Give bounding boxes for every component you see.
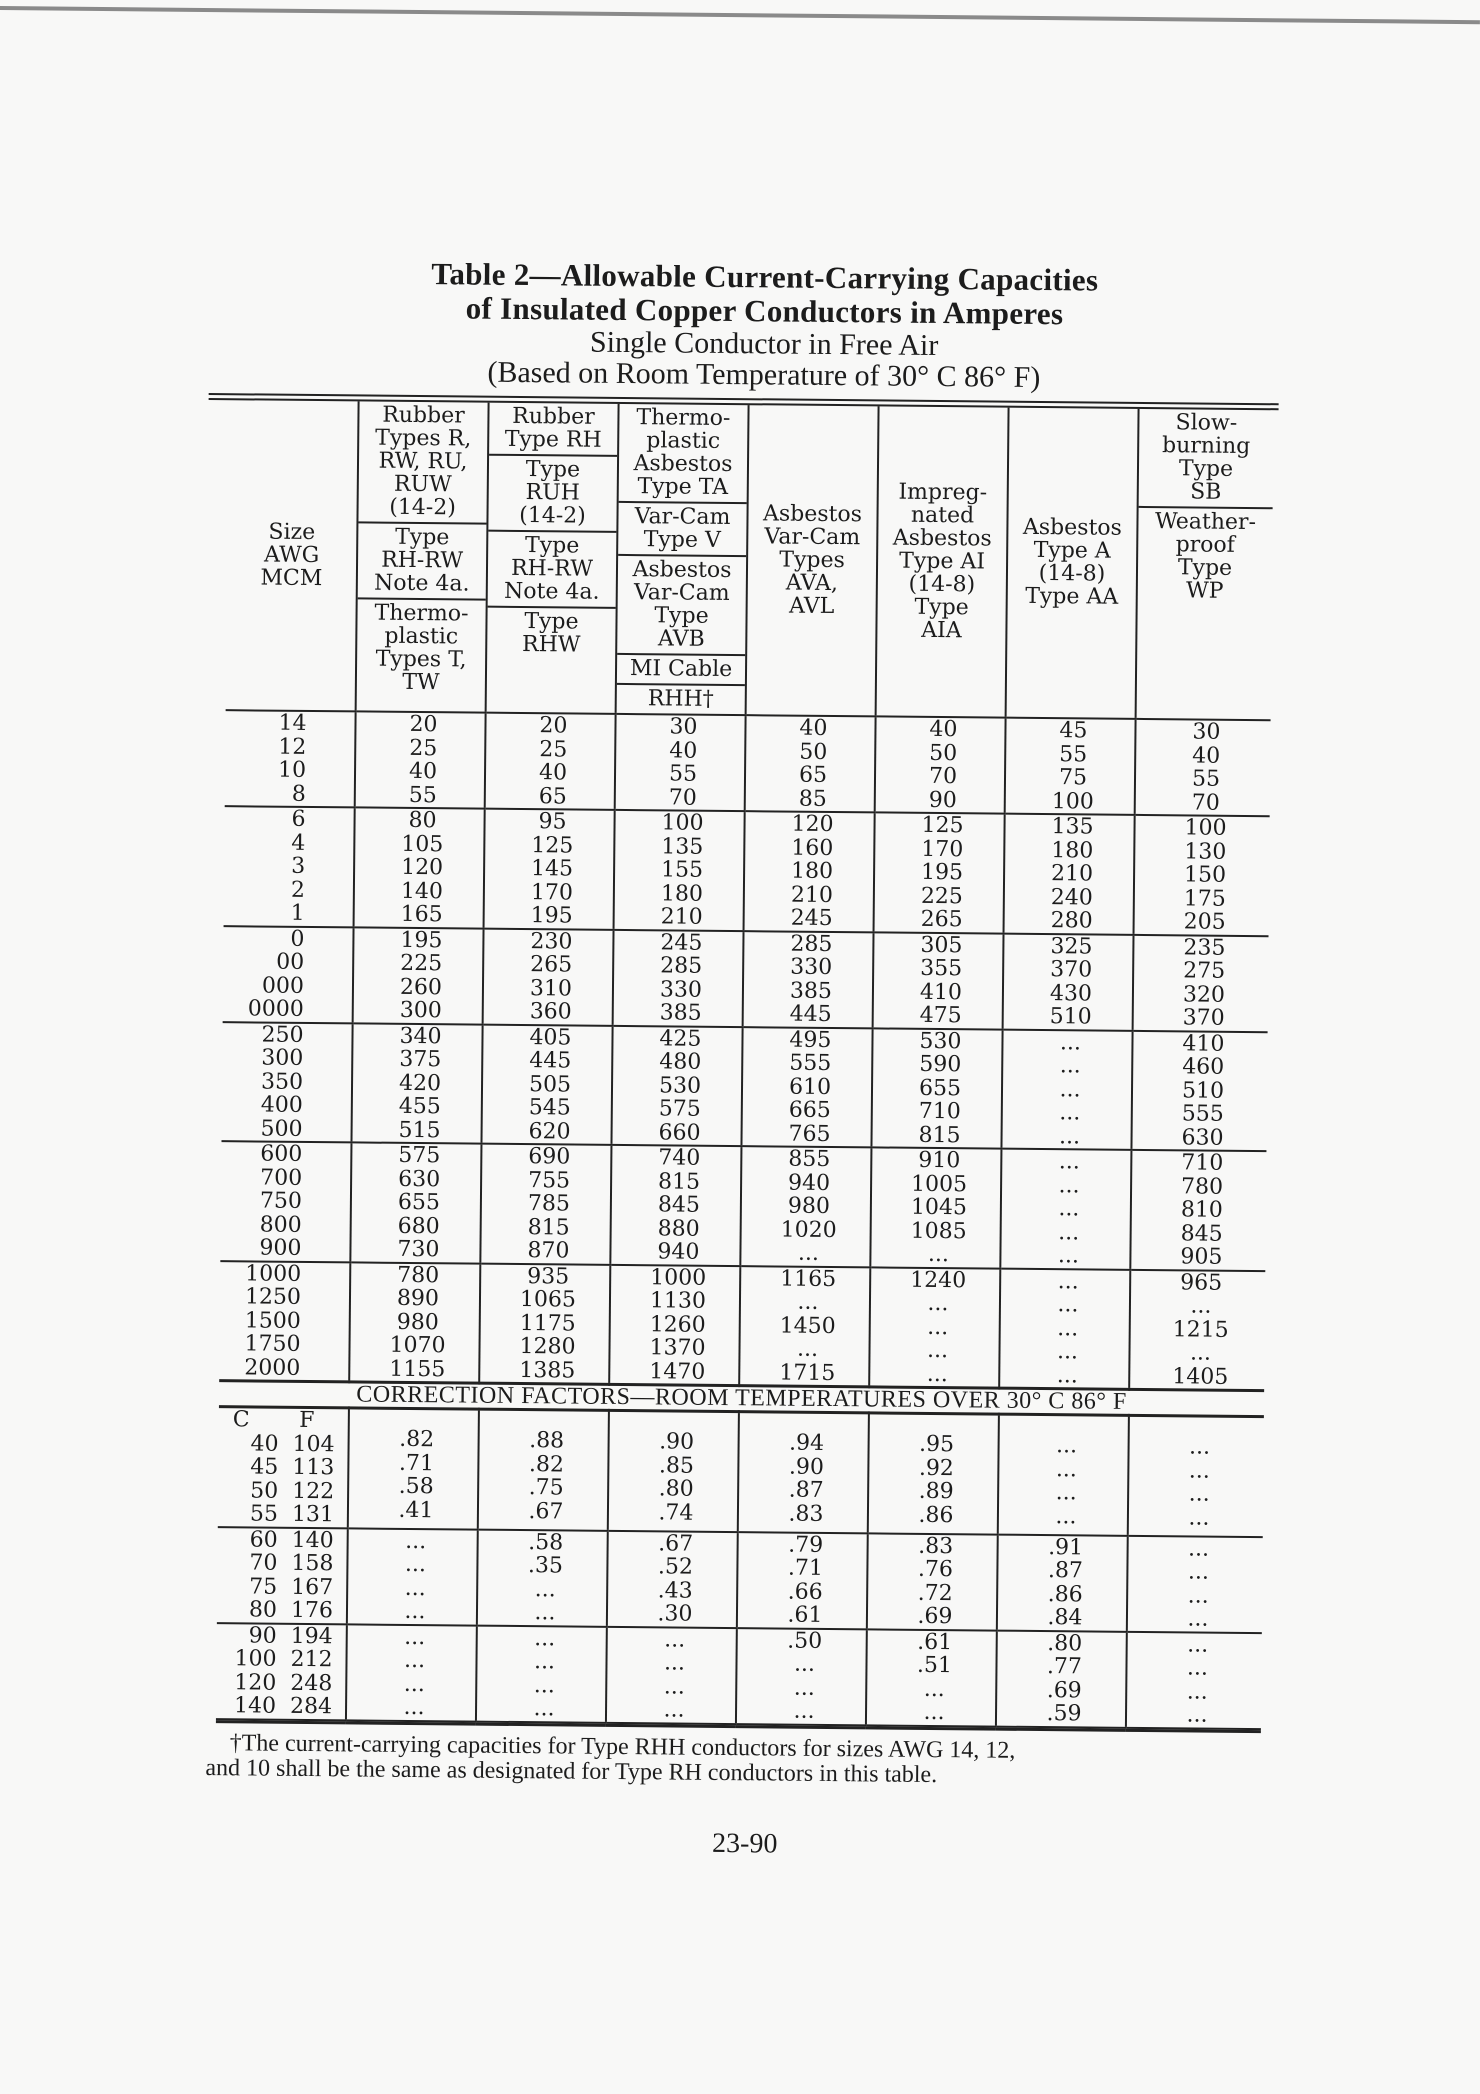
column-header-line: burning	[1139, 434, 1273, 458]
ampacity-value: ...	[1007, 1244, 1129, 1269]
ampacity-value: 40	[492, 761, 614, 786]
ampacity-value: ...	[876, 1362, 998, 1387]
temperature-pair: 100212	[230, 1647, 345, 1672]
ampacity-cell-col-4: 285330385445	[743, 931, 874, 1028]
ampacity-value: 815	[618, 1169, 740, 1194]
ampacity-value: 130	[1141, 839, 1269, 864]
ampacity-value: 300	[360, 998, 482, 1023]
ampacity-cell-col-5: 530590655710815	[871, 1028, 1002, 1149]
correction-factor: .90	[745, 1455, 867, 1480]
ampacity-value: 1280	[486, 1335, 608, 1360]
temperature-celsius: 100	[230, 1647, 276, 1670]
ampacity-value: 195	[881, 860, 1003, 885]
ampacity-cell-col-3: 245285330385	[613, 929, 744, 1026]
column-header-line: Impreg-	[879, 480, 1007, 504]
ampacity-value: 105	[361, 832, 483, 857]
ampacity-cell-col-5: 1240............	[869, 1267, 1000, 1388]
size-cell: 10001250150017502000	[219, 1261, 350, 1382]
temperature-header: CF	[233, 1408, 348, 1433]
ampacity-value: 910	[878, 1148, 1000, 1173]
column-header-part: RubberTypes R,RW, RU,RUW(14-2)	[358, 401, 487, 524]
column-header-line: Types T,	[357, 647, 485, 671]
temperature-celsius: 80	[231, 1598, 277, 1621]
column-header-line: Type	[1139, 457, 1273, 481]
ampacity-cell-col-6: 455575100	[1005, 718, 1136, 815]
correction-factor: .41	[355, 1498, 477, 1523]
correction-factor: .82	[356, 1427, 478, 1452]
column-header-line: (14-2)	[488, 504, 616, 528]
column-header-line: MI Cable	[617, 657, 745, 681]
correction-cell-col-1: ............	[347, 1528, 478, 1625]
size-header-line: Size	[227, 520, 356, 544]
ampacity-value: 145	[491, 857, 613, 882]
column-header-line: Note 4a.	[358, 571, 486, 595]
temperature-pair: 45113	[232, 1455, 347, 1480]
temperature-fahrenheit: 122	[278, 1479, 334, 1503]
column-header-line: Types	[748, 548, 876, 572]
column-header-line: RHH†	[617, 687, 745, 711]
ampacity-value: 1065	[487, 1288, 609, 1313]
temperature-fahrenheit: 158	[277, 1552, 333, 1576]
ampacity-cell-col-2: 20254065	[485, 713, 616, 810]
ampacity-value: 880	[618, 1216, 740, 1241]
ampacity-value: 65	[492, 784, 614, 809]
ampacity-value: 55	[1012, 742, 1134, 767]
ampacity-value: 510	[1139, 1078, 1267, 1103]
document-page: Table 2—Allowable Current-Carrying Capac…	[195, 255, 1280, 1865]
ampacity-value: 780	[1138, 1174, 1266, 1199]
correction-factor: ...	[613, 1698, 735, 1723]
conductor-size: 500	[222, 1117, 303, 1141]
ampacity-value: 260	[360, 975, 482, 1000]
temperature-fahrenheit: 167	[277, 1575, 333, 1599]
correction-factor: ...	[1134, 1560, 1262, 1585]
ampacity-value: 845	[618, 1193, 740, 1218]
ampacity-value: 210	[621, 905, 743, 930]
ampacity-value: 1070	[356, 1333, 478, 1358]
ampacity-value: 50	[882, 741, 1004, 766]
column-header-line: Type	[358, 525, 486, 549]
column-header-line: Type TA	[619, 475, 747, 499]
ampacity-value: 420	[359, 1071, 481, 1096]
correction-factor: .67	[485, 1499, 607, 1524]
correction-factor: .74	[615, 1500, 737, 1525]
temperature-celsius: 55	[232, 1502, 278, 1525]
size-group-row: 1000125015001750200078089098010701155935…	[219, 1261, 1265, 1391]
correction-factor: .86	[875, 1503, 997, 1528]
correction-cell-col-3: .67.52.43.30	[607, 1530, 738, 1627]
ampacity-value: 50	[752, 740, 874, 765]
ampacity-value: 1085	[878, 1219, 1000, 1244]
ampacity-cell-col-7: 710780810845905	[1130, 1150, 1266, 1271]
correction-factor: .52	[614, 1555, 736, 1580]
conductor-size: 1750	[219, 1332, 300, 1356]
column-header-line: AIA	[877, 618, 1005, 642]
ampacity-value: 340	[359, 1024, 481, 1049]
ampacity-cell-col-1: 20254055	[355, 711, 486, 808]
temperature-cell: CF40104451135012255131	[218, 1407, 349, 1528]
column-header-line: Asbestos	[1008, 516, 1136, 540]
column-header-part: TypeRUH(14-2)	[488, 456, 617, 533]
correction-factor: .69	[1003, 1678, 1125, 1703]
ampacity-value: 320	[1140, 982, 1268, 1007]
ampacity-value: 30	[622, 715, 744, 740]
column-header-line: Type	[488, 534, 616, 558]
ampacity-value: 40	[622, 738, 744, 763]
correction-cell-col-4: .94.90.87.83	[738, 1412, 869, 1533]
conductor-size: 14	[225, 711, 306, 735]
ampacity-cell-col-4: 120160180210245	[744, 811, 875, 932]
ampacity-value: 285	[750, 932, 872, 957]
ampacity-value: 245	[620, 930, 742, 955]
correction-factor: ...	[1134, 1632, 1262, 1657]
ampacity-value: 575	[358, 1143, 480, 1168]
ampacity-value: 710	[879, 1099, 1001, 1124]
conductor-size: 300	[222, 1046, 303, 1070]
correction-cell-col-2: .58.35......	[477, 1529, 608, 1626]
correction-factor: .50	[744, 1629, 866, 1654]
ampacity-value: 620	[488, 1119, 610, 1144]
correction-factor: ...	[873, 1700, 995, 1725]
ampacity-value: ...	[1009, 1054, 1131, 1079]
ampacity-value: ...	[1009, 1101, 1131, 1126]
correction-factor: ...	[484, 1577, 606, 1602]
correction-factor: .85	[615, 1453, 737, 1478]
ampacity-value: ...	[1006, 1363, 1128, 1388]
ampacity-value: 1715	[746, 1361, 868, 1386]
ampacity-value: 170	[881, 837, 1003, 862]
ampacity-value: ...	[746, 1337, 868, 1362]
ampacity-value: ...	[877, 1242, 999, 1267]
column-header-line: proof	[1138, 533, 1272, 557]
column-header-line: Asbestos	[878, 526, 1006, 550]
ampacity-value: ...	[1008, 1124, 1130, 1149]
correction-factor: .84	[1004, 1606, 1126, 1631]
ampacity-value: 20	[492, 714, 614, 739]
temperature-celsius: 70	[231, 1551, 277, 1574]
correction-cell-col-7: ............	[1128, 1415, 1264, 1536]
correction-factor: .72	[874, 1581, 996, 1606]
ampacity-value: 375	[359, 1047, 481, 1072]
correction-factor: ...	[1135, 1482, 1263, 1507]
celsius-label: C	[233, 1408, 279, 1431]
correction-factor: ...	[1134, 1607, 1262, 1632]
column-header-line: Asbestos	[619, 452, 747, 476]
ampacity-value: 1385	[486, 1358, 608, 1383]
correction-cell-col-5: .83.76.72.69	[867, 1533, 998, 1630]
ampacity-value: 845	[1138, 1221, 1266, 1246]
ampacity-value: 1165	[747, 1267, 869, 1292]
temperature-pair: 75167	[231, 1575, 346, 1600]
conductor-size: 000	[223, 974, 304, 998]
table-title-block: Table 2—Allowable Current-Carrying Capac…	[249, 255, 1280, 395]
ampacity-value: 325	[1010, 934, 1132, 959]
ampacity-value: 310	[490, 976, 612, 1001]
ampacity-value: 510	[1010, 1005, 1132, 1030]
ampacity-value: 1240	[877, 1268, 999, 1293]
column-header-line: RUW	[359, 472, 487, 496]
scan-border-line	[0, 6, 1480, 24]
correction-factor: .89	[875, 1479, 997, 1504]
size-group-row: 2503003504005003403754204555154054455055…	[221, 1022, 1267, 1152]
correction-factor: .91	[1005, 1535, 1127, 1560]
ampacity-value: 370	[1010, 958, 1132, 983]
header-row: SizeAWGMCMRubberTypes R,RW, RU,RUW(14-2)…	[226, 400, 1274, 720]
correction-factor: .83	[875, 1534, 997, 1559]
column-header-line: Asbestos	[618, 558, 746, 582]
ampacity-value: 70	[1142, 790, 1270, 815]
ampacity-value: 265	[490, 953, 612, 978]
ampacity-value: 785	[488, 1192, 610, 1217]
ampacity-value: ...	[747, 1290, 869, 1315]
correction-factor: .88	[486, 1429, 608, 1454]
ampacity-value: 455	[359, 1094, 481, 1119]
ampacity-cell-col-1: 195225260300	[353, 927, 484, 1024]
size-cell: 1412108	[225, 710, 356, 807]
ampacity-value: 680	[358, 1214, 480, 1239]
column-header-line: Asbestos	[748, 502, 876, 526]
ampacity-cell-col-6: 325370430510	[1003, 933, 1134, 1030]
ampacity-value: ...	[1007, 1269, 1129, 1294]
correction-cell-col-5: .61.51......	[866, 1629, 997, 1726]
correction-factor: .43	[614, 1578, 736, 1603]
ampacity-value: 170	[491, 880, 613, 905]
correction-factor: ...	[483, 1650, 605, 1675]
size-group-row: 6007007508009005756306556807306907557858…	[220, 1141, 1266, 1271]
conductor-size: 350	[222, 1070, 303, 1094]
correction-factor: ...	[1134, 1583, 1262, 1608]
column-header-part: RubberType RH	[489, 403, 618, 457]
correction-factor: .80	[1004, 1631, 1126, 1656]
ampacity-value: 1045	[878, 1195, 1000, 1220]
correction-factor: .80	[615, 1477, 737, 1502]
correction-factor: ...	[353, 1648, 475, 1673]
conductor-size: 2	[224, 878, 305, 902]
column-header-part: MI Cable	[617, 655, 745, 686]
correction-factor: .83	[745, 1502, 867, 1527]
ampacity-value: 445	[750, 1002, 872, 1027]
ampacity-value: 195	[491, 904, 613, 929]
size-cell: 600700750800900	[220, 1141, 351, 1262]
correction-cell-col-6: ............	[998, 1414, 1129, 1535]
ampacity-value: 80	[361, 808, 483, 833]
ampacity-value: 610	[749, 1075, 871, 1100]
ampacity-cell-col-5: 910100510451085...	[870, 1147, 1001, 1268]
correction-factor: ...	[1135, 1505, 1263, 1530]
ampacity-cell-col-3: 425480530575660	[611, 1025, 742, 1146]
correction-factor: .87	[1004, 1559, 1126, 1584]
fahrenheit-label: F	[279, 1409, 335, 1433]
size-cell: 64321	[224, 806, 355, 927]
ampacity-cell-col-6: ...............	[999, 1268, 1130, 1389]
conductor-size: 1	[224, 901, 305, 925]
ampacity-value: 20	[362, 712, 484, 737]
temperature-celsius: 75	[231, 1575, 277, 1598]
temperature-fahrenheit: 176	[277, 1599, 333, 1623]
correction-factor: .71	[744, 1556, 866, 1581]
ampacity-cell-col-5: 305355410475	[873, 932, 1004, 1029]
size-header: SizeAWGMCM	[226, 400, 359, 711]
correction-factor: ...	[355, 1529, 477, 1554]
ampacity-value: ...	[877, 1291, 999, 1316]
conductor-size: 12	[225, 735, 306, 759]
ampacity-value: 905	[1137, 1245, 1265, 1270]
ampacity-value: 1405	[1136, 1364, 1264, 1389]
ampacity-value: 100	[1141, 816, 1269, 841]
column-header-part: Weather-proofTypeWP	[1138, 508, 1273, 606]
ampacity-value: 405	[489, 1025, 611, 1050]
column-header-line: (14-8)	[878, 572, 1006, 596]
temperature-fahrenheit: 113	[278, 1456, 334, 1480]
ampacity-cell-col-4: 40506585	[745, 715, 876, 812]
ampacity-value: 665	[749, 1098, 871, 1123]
correction-factor: ...	[1133, 1656, 1261, 1681]
ampacity-value: 120	[361, 855, 483, 880]
temperature-celsius: 140	[230, 1694, 276, 1717]
ampacity-value: 210	[751, 883, 873, 908]
column-header-line: Thermo-	[619, 406, 747, 430]
column-header-part: TypeRH-RWNote 4a.	[488, 532, 617, 609]
ampacity-value: 40	[882, 717, 1004, 742]
ampacity-value: 590	[879, 1052, 1001, 1077]
correction-factor: ...	[354, 1552, 476, 1577]
ampacity-value: 245	[751, 906, 873, 931]
ampacity-cell-col-2: 95125145170195	[484, 809, 615, 930]
ampacity-value: ...	[1007, 1316, 1129, 1341]
ampacity-value: 940	[748, 1171, 870, 1196]
column-header-6: AsbestosType A(14-8)Type AA	[1006, 408, 1139, 719]
correction-factor: ...	[613, 1651, 735, 1676]
correction-factor: .61	[744, 1603, 866, 1628]
ampacity-value: 855	[748, 1147, 870, 1172]
ampacity-value: 1215	[1137, 1317, 1265, 1342]
ampacity-value: 25	[492, 737, 614, 762]
ampacity-value: ...	[877, 1315, 999, 1340]
conductor-size: 750	[221, 1189, 302, 1213]
ampacity-value: 1450	[747, 1314, 869, 1339]
conductor-size: 6	[224, 807, 305, 831]
correction-cell-col-4: .50.........	[736, 1628, 867, 1725]
ampacity-cell-col-1: 78089098010701155	[349, 1262, 480, 1383]
correction-cell-col-7: ............	[1127, 1535, 1263, 1632]
ampacity-value: ...	[747, 1241, 869, 1266]
size-header-line: AWG	[227, 543, 356, 567]
correction-factor: .75	[485, 1476, 607, 1501]
ampacity-value: 75	[1012, 766, 1134, 791]
ampacity-value: 445	[489, 1049, 611, 1074]
column-header-line: RH-RW	[488, 557, 616, 581]
column-header-part: Thermo-plasticTypes T,TW	[357, 599, 486, 697]
ampacity-value: 655	[879, 1076, 1001, 1101]
temperature-pair: 55131	[232, 1502, 347, 1527]
temperature-pair: 50122	[232, 1479, 347, 1504]
conductor-size: 1500	[220, 1309, 301, 1333]
ampacity-cell-col-2: 230265310360	[483, 928, 614, 1025]
ampacity-value: 1370	[616, 1336, 738, 1361]
ampacity-value: 140	[361, 879, 483, 904]
ampacity-value: 125	[491, 833, 613, 858]
conductor-size: 1000	[220, 1262, 301, 1286]
column-header-line: Type A	[1008, 539, 1136, 563]
column-header-4: AsbestosVar-CamTypesAVA,AVL	[746, 405, 879, 716]
ampacity-value: 480	[619, 1050, 741, 1075]
ampacity-cell-col-7: 965...1215...1405	[1129, 1269, 1265, 1390]
ampacity-cell-col-7: 30405570	[1135, 719, 1271, 816]
ampacity-value: 135	[621, 834, 743, 859]
ampacity-value: 360	[490, 1000, 612, 1025]
column-header-line: Slow-	[1139, 411, 1273, 435]
conductor-size: 600	[221, 1142, 302, 1166]
ampacity-value: 530	[879, 1029, 1001, 1054]
temperature-pair: 40104	[232, 1432, 347, 1457]
correction-factor: .67	[615, 1531, 737, 1556]
ampacity-value: 755	[488, 1168, 610, 1193]
ampacity-value: 230	[490, 929, 612, 954]
conductor-size: 700	[221, 1166, 302, 1190]
column-header-part: Var-CamType V	[618, 503, 747, 557]
ampacity-value: 100	[1012, 789, 1134, 814]
correction-factor: ...	[354, 1625, 476, 1650]
ampacity-value: 95	[491, 810, 613, 835]
correction-factor: ...	[614, 1627, 736, 1652]
ampacity-value: 655	[358, 1190, 480, 1215]
ampacity-value: 65	[752, 763, 874, 788]
ampacity-value: 575	[619, 1097, 741, 1122]
conductor-size: 250	[222, 1023, 303, 1047]
correction-factor: .61	[874, 1630, 996, 1655]
ampacity-value: 180	[751, 859, 873, 884]
correction-factor: ...	[1005, 1481, 1127, 1506]
ampacity-value: ...	[1008, 1173, 1130, 1198]
correction-factor: ...	[1133, 1703, 1261, 1728]
ampacity-value: 45	[1012, 719, 1134, 744]
ampacity-value: 710	[1138, 1151, 1266, 1176]
column-header-line: Type	[617, 604, 745, 628]
temperature-celsius: 120	[230, 1671, 276, 1694]
ampacity-value: 225	[360, 951, 482, 976]
ampacity-cell-col-3: 740815845880940	[610, 1145, 741, 1266]
correction-group-row: CF40104451135012255131.82.71.58.41.88.82…	[218, 1407, 1264, 1537]
ampacity-value: 125	[881, 813, 1003, 838]
ampacity-value: 285	[620, 954, 742, 979]
ampacity-value: 630	[358, 1167, 480, 1192]
correction-factor: ...	[354, 1599, 476, 1624]
temperature-fahrenheit: 104	[278, 1432, 334, 1456]
ampacity-value: 410	[880, 980, 1002, 1005]
ampacity-value: 1470	[616, 1359, 738, 1384]
column-header-line: TW	[357, 670, 485, 694]
ampacity-cell-col-3: 100135155180210	[614, 810, 745, 931]
size-header-line: MCM	[227, 566, 356, 590]
temperature-pair: 140284	[230, 1694, 345, 1719]
column-header-line: AVB	[617, 627, 745, 651]
correction-factor: .82	[485, 1452, 607, 1477]
ampacity-value: 1175	[487, 1311, 609, 1336]
temperature-pair: 60140	[232, 1528, 347, 1553]
ampacity-cell-col-4: 495555610665765	[741, 1027, 872, 1148]
column-header-line: Type AI	[878, 549, 1006, 573]
ampacity-value: 225	[881, 884, 1003, 909]
column-header-line: Rubber	[359, 403, 487, 427]
temperature-celsius: 45	[232, 1455, 278, 1478]
ampacity-value: 175	[1141, 886, 1269, 911]
ampacity-value: 235	[1140, 935, 1268, 960]
ampacity-value: 160	[751, 836, 873, 861]
ampacity-value: ...	[1008, 1197, 1130, 1222]
column-header-line: Type	[487, 610, 615, 634]
temperature-celsius: 50	[232, 1479, 278, 1502]
column-header-line: Type	[878, 595, 1006, 619]
